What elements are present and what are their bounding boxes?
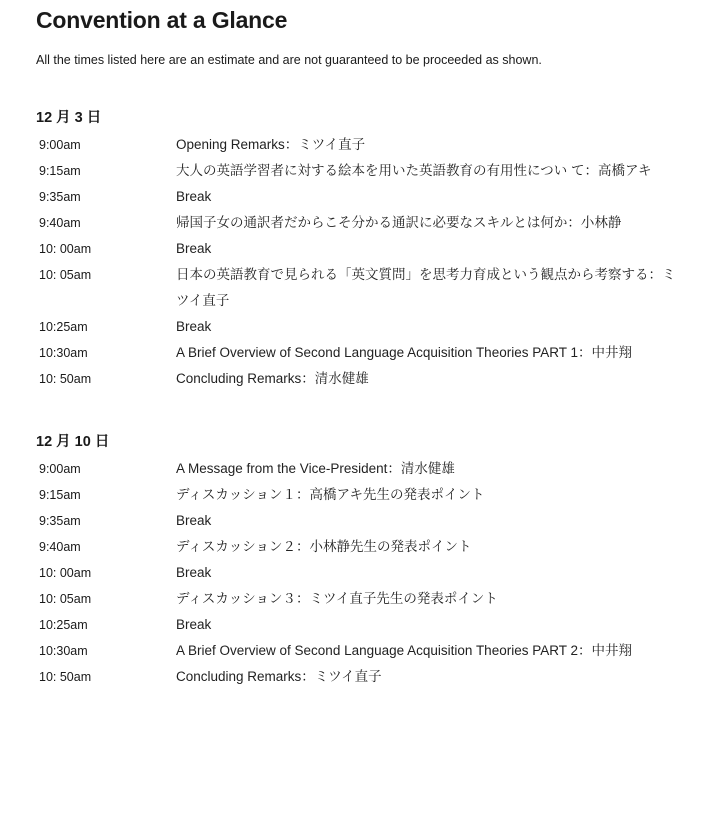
schedule-row: 10: 50am Concluding Remarks：清水健雄 (36, 366, 683, 392)
schedule-row: 10: 00am Break (36, 236, 683, 262)
row-time: 10: 05am (36, 262, 176, 288)
row-time: 10:25am (36, 314, 176, 340)
schedule-row: 10:30am A Brief Overview of Second Langu… (36, 340, 683, 366)
row-time: 9:00am (36, 132, 176, 158)
row-time: 9:15am (36, 482, 176, 508)
row-event: Break (176, 314, 683, 340)
page-subtitle: All the times listed here are an estimat… (36, 52, 683, 68)
row-event: Break (176, 508, 683, 534)
row-time: 9:35am (36, 508, 176, 534)
row-event: Break (176, 236, 683, 262)
schedule-row: 10:25am Break (36, 612, 683, 638)
section-date-heading: 12 月 3 日 (36, 109, 683, 127)
row-event: ディスカッション３：ミツイ直子先生の発表ポイント (176, 586, 683, 612)
row-time: 10:30am (36, 340, 176, 366)
row-time: 10: 00am (36, 236, 176, 262)
schedule-row: 9:35am Break (36, 184, 683, 210)
row-event: 日本の英語教育で見られる「英文質問」を思考力育成という観点から考察する：ミツイ直… (176, 262, 683, 314)
schedule-section: 12 月 3 日 9:00am Opening Remarks：ミツイ直子 9:… (36, 109, 683, 392)
schedule-row: 9:15am ディスカッション１：高橋アキ先生の発表ポイント (36, 482, 683, 508)
schedule-row: 10: 00am Break (36, 560, 683, 586)
row-event: A Brief Overview of Second Language Acqu… (176, 638, 683, 664)
row-time: 10: 00am (36, 560, 176, 586)
section-rows: 9:00am A Message from the Vice-President… (36, 456, 683, 690)
row-time: 9:40am (36, 534, 176, 560)
row-time: 10:30am (36, 638, 176, 664)
schedule-row: 9:40am ディスカッション２：小林静先生の発表ポイント (36, 534, 683, 560)
row-time: 9:15am (36, 158, 176, 184)
row-time: 9:40am (36, 210, 176, 236)
row-event: Break (176, 612, 683, 638)
row-event: Concluding Remarks：清水健雄 (176, 366, 683, 392)
schedule-row: 10: 05am ディスカッション３：ミツイ直子先生の発表ポイント (36, 586, 683, 612)
row-event: A Message from the Vice-President：清水健雄 (176, 456, 683, 482)
schedule-section: 12 月 10 日 9:00am A Message from the Vice… (36, 433, 683, 690)
convention-schedule-page: Convention at a Glance All the times lis… (0, 0, 711, 825)
schedule-row: 10: 50am Concluding Remarks：ミツイ直子 (36, 664, 683, 690)
row-time: 10:25am (36, 612, 176, 638)
row-time: 10: 50am (36, 366, 176, 392)
schedule-row: 10:25am Break (36, 314, 683, 340)
row-event: ディスカッション２：小林静先生の発表ポイント (176, 534, 683, 560)
row-event: Opening Remarks：ミツイ直子 (176, 132, 683, 158)
schedule-row: 9:40am 帰国子女の通訳者だからこそ分かる通訳に必要なスキルとは何か：小林静 (36, 210, 683, 236)
row-event: Break (176, 560, 683, 586)
row-event: 帰国子女の通訳者だからこそ分かる通訳に必要なスキルとは何か：小林静 (176, 210, 683, 236)
row-time: 9:00am (36, 456, 176, 482)
row-time: 9:35am (36, 184, 176, 210)
row-event: Concluding Remarks：ミツイ直子 (176, 664, 683, 690)
row-event: ディスカッション１：高橋アキ先生の発表ポイント (176, 482, 683, 508)
schedule-row: 9:00am A Message from the Vice-President… (36, 456, 683, 482)
schedule-row: 10:30am A Brief Overview of Second Langu… (36, 638, 683, 664)
row-event: 大人の英語学習者に対する絵本を用いた英語教育の有用性につい て：高橋アキ (176, 158, 683, 184)
row-time: 10: 50am (36, 664, 176, 690)
schedule-row: 9:35am Break (36, 508, 683, 534)
schedule-sections: 12 月 3 日 9:00am Opening Remarks：ミツイ直子 9:… (36, 109, 683, 690)
schedule-row: 10: 05am 日本の英語教育で見られる「英文質問」を思考力育成という観点から… (36, 262, 683, 314)
row-event: Break (176, 184, 683, 210)
row-event: A Brief Overview of Second Language Acqu… (176, 340, 683, 366)
row-time: 10: 05am (36, 586, 176, 612)
section-date-heading: 12 月 10 日 (36, 433, 683, 451)
page-title: Convention at a Glance (36, 6, 683, 34)
schedule-row: 9:00am Opening Remarks：ミツイ直子 (36, 132, 683, 158)
section-rows: 9:00am Opening Remarks：ミツイ直子 9:15am 大人の英… (36, 132, 683, 392)
schedule-row: 9:15am 大人の英語学習者に対する絵本を用いた英語教育の有用性につい て：高… (36, 158, 683, 184)
